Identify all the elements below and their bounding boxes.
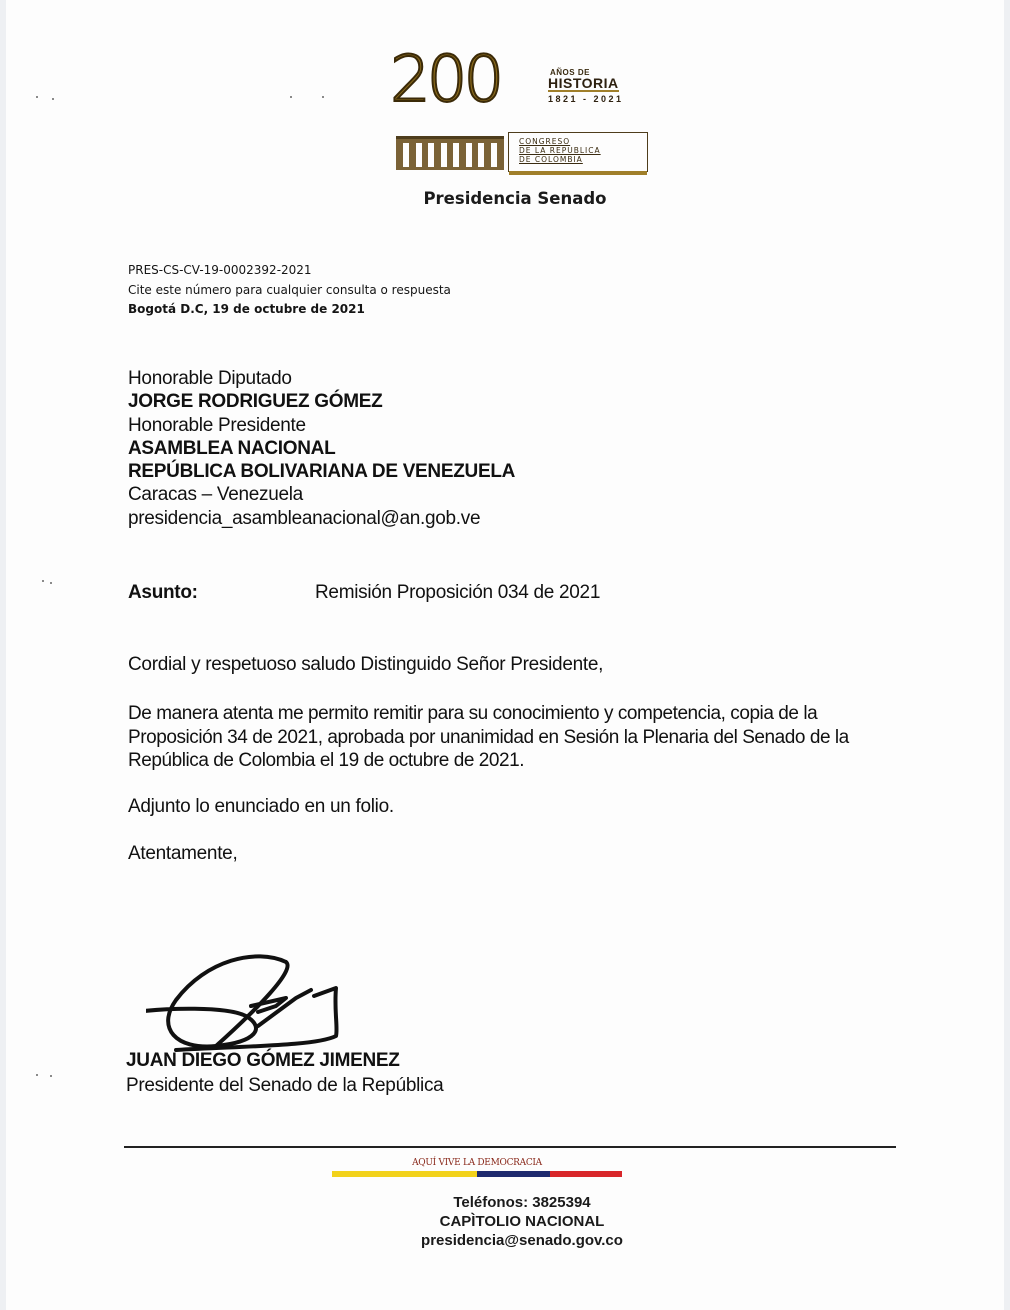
scan-speck [50, 582, 52, 584]
recipient-block: Honorable DiputadoJORGE RODRIGUEZ GÓMEZH… [128, 367, 515, 530]
reference-instruction: Cite este número para cualquier consulta… [128, 281, 451, 301]
scan-speck [42, 580, 44, 582]
footer-contact: Teléfonos: 3825394 CAPÌTOLIO NACIONAL pr… [6, 1193, 1004, 1250]
recipient-line[interactable]: presidencia_asambleanacional@an.gob.ve [128, 507, 515, 530]
reference-number: PRES-CS-CV-19-0002392-2021 [128, 261, 451, 281]
logo-institution-line: CONGRESO [519, 137, 647, 146]
flag-stripe-red [550, 1171, 623, 1177]
place-date: Bogotá D.C, 19 de octubre de 2021 [128, 300, 451, 320]
logo-historia-text: HISTORIA [548, 76, 619, 92]
colombia-flag-bar [332, 1171, 622, 1177]
handwritten-signature-icon [146, 950, 376, 1060]
recipient-line: Caracas – Venezuela [128, 483, 515, 506]
subject-label: Asunto: [128, 582, 198, 604]
attachment-note: Adjunto lo enunciado en un folio. [128, 796, 394, 818]
logo-institution-line: DE COLOMBIA [519, 155, 647, 164]
footer-building: CAPÌTOLIO NACIONAL [40, 1212, 1004, 1231]
scan-speck [290, 96, 292, 98]
scan-speck [52, 98, 54, 100]
letter-page: 200 AÑOS DE HISTORIA 1821 - 2021 CONGRES… [6, 0, 1004, 1310]
scan-speck [36, 96, 38, 98]
body-paragraph: De manera atenta me permito remitir para… [128, 702, 908, 773]
footer-email[interactable]: presidencia@senado.gov.co [40, 1231, 1004, 1250]
logo-years-text: 1821 - 2021 [548, 94, 624, 104]
greeting: Cordial y respetuoso saludo Distinguido … [128, 654, 603, 676]
bicentennial-logo: 200 AÑOS DE HISTORIA 1821 - 2021 CONGRES… [390, 56, 670, 178]
scan-speck [322, 96, 324, 98]
logo-institution-line: DE LA REPUBLICA [519, 146, 647, 155]
footer-motto: AQUÍ VIVE LA DEMOCRACIA [332, 1158, 622, 1168]
footer-divider [124, 1146, 896, 1148]
logo-institution-box: CONGRESO DE LA REPUBLICA DE COLOMBIA [508, 132, 648, 172]
reference-block: PRES-CS-CV-19-0002392-2021 Cite este núm… [128, 261, 451, 320]
scan-speck [50, 1075, 52, 1077]
logo-underline-bar [509, 171, 647, 175]
logo-200-mark: 200 [390, 48, 500, 112]
office-title: Presidencia Senado [6, 189, 1004, 208]
capitol-building-icon [396, 136, 504, 170]
flag-stripe-blue [477, 1171, 550, 1177]
flag-stripe-yellow [332, 1171, 477, 1177]
subject-text: Remisión Proposición 034 de 2021 [315, 582, 600, 604]
scan-speck [36, 1074, 38, 1076]
recipient-line: Honorable Presidente [128, 414, 515, 437]
footer-phone: Teléfonos: 3825394 [40, 1193, 1004, 1212]
recipient-line: JORGE RODRIGUEZ GÓMEZ [128, 390, 515, 413]
recipient-line: Honorable Diputado [128, 367, 515, 390]
recipient-line: ASAMBLEA NACIONAL [128, 437, 515, 460]
signer-name: JUAN DIEGO GÓMEZ JIMENEZ [126, 1050, 400, 1072]
recipient-line: REPÚBLICA BOLIVARIANA DE VENEZUELA [128, 460, 515, 483]
closing: Atentamente, [128, 843, 237, 865]
signer-title: Presidente del Senado de la República [126, 1075, 443, 1097]
